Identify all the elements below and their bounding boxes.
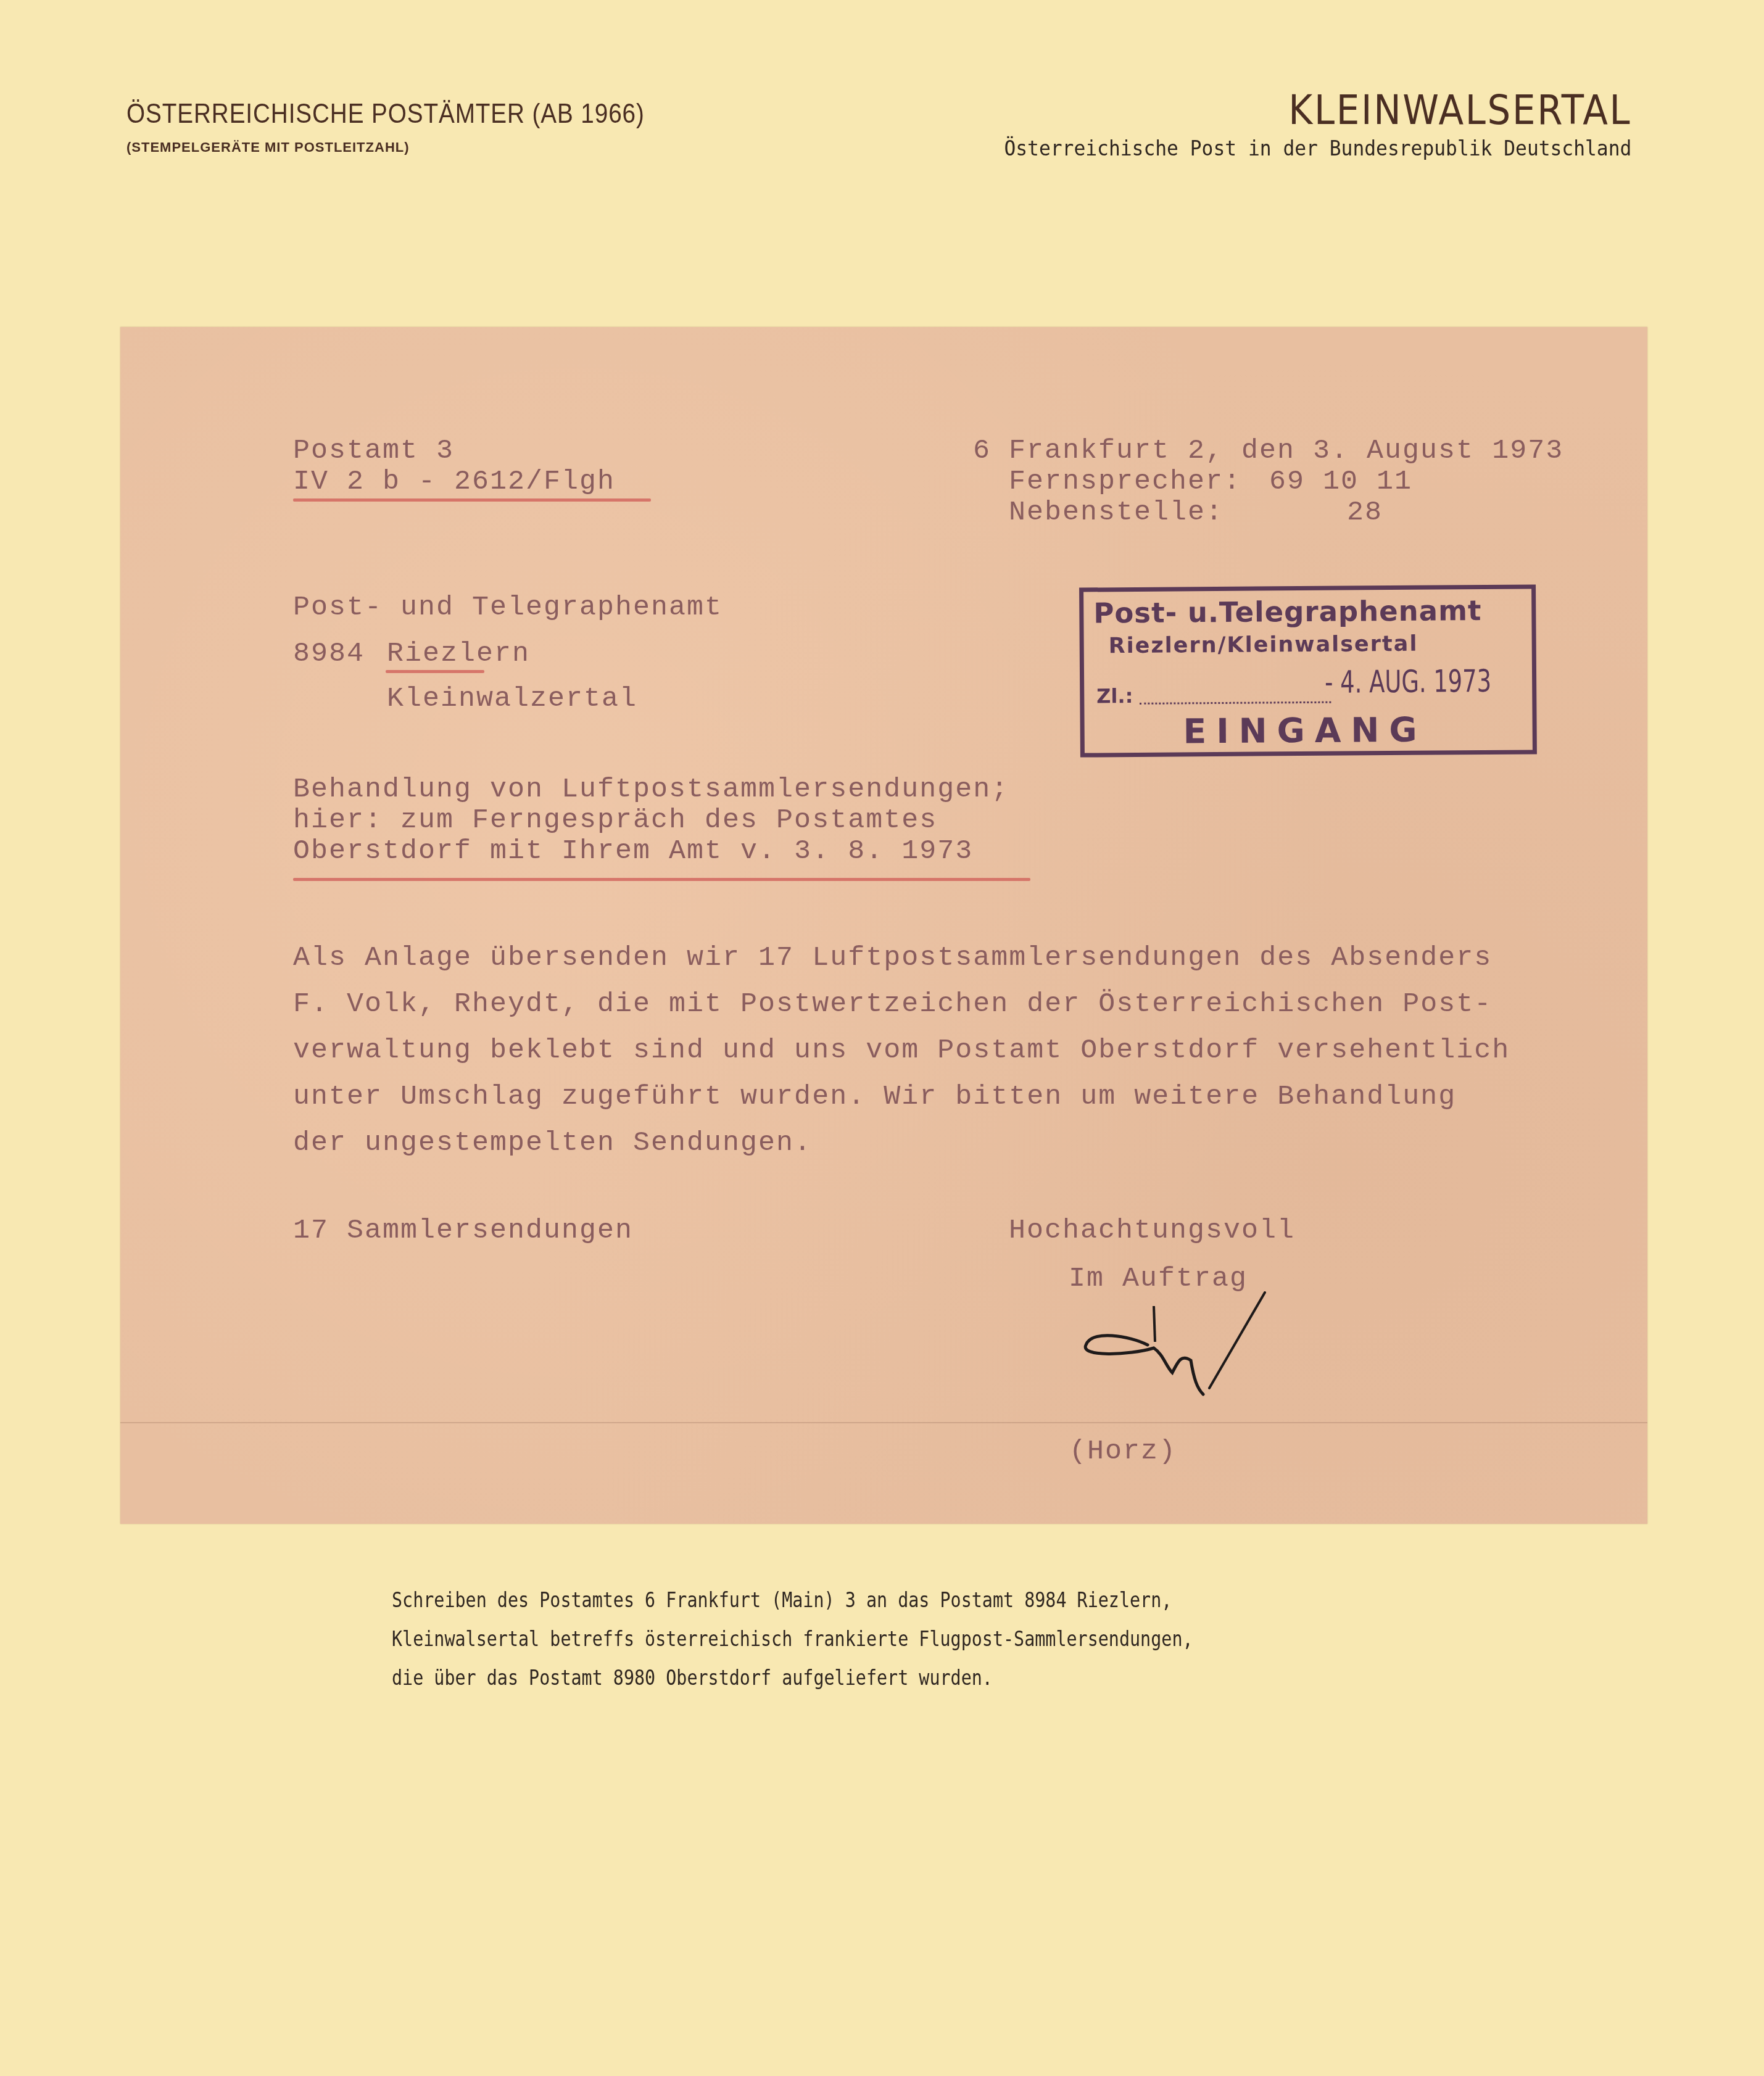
subject-line-2: hier: zum Ferngespräch des Postamtes [293,806,937,834]
stamp-dotted-line [1140,701,1331,705]
fold-line [120,1422,1647,1423]
album-header-left: ÖSTERREICHISCHE POSTÄMTER (AB 1966) (STE… [126,99,715,155]
album-subtitle: (STEMPELGERÄTE MIT POSTLEITZAHL) [126,139,715,155]
caption-line-2: Kleinwalsertal betreffs österreichisch f… [392,1619,1193,1658]
extension-number: 28 [1347,498,1383,526]
stamp-location: Riezlern/Kleinwalsertal [1109,632,1418,659]
phone-label: Fernsprecher: [1009,468,1241,495]
enclosure-note: 17 Sammlersendungen [293,1217,633,1244]
stamp-date: - 4. AUG. 1973 [1325,663,1491,700]
city-underline [386,670,484,673]
sender-office: Postamt 3 [293,437,454,465]
place-date: 6 Frankfurt 2, den 3. August 1973 [973,437,1563,465]
stamp-eingang: EINGANG [1183,710,1427,751]
receipt-stamp: Post- u.Telegraphenamt Riezlern/Kleinwal… [1079,584,1537,757]
letter-document: Postamt 3 IV 2 b - 2612/Flgh 6 Frankfurt… [120,327,1647,1524]
body-line-2: F. Volk, Rheydt, die mit Postwertzeichen… [293,990,1492,1018]
subject-underline [293,878,1030,881]
signature-icon [1080,1286,1271,1404]
sender-reference: IV 2 b - 2612/Flgh [293,468,615,495]
album-caption: Schreiben des Postamtes 6 Frankfurt (Mai… [392,1581,1193,1697]
album-title: ÖSTERREICHISCHE POSTÄMTER (AB 1966) [126,99,645,130]
album-header-right: KLEINWALSERTAL Österreichische Post in d… [950,86,1631,161]
extension-label: Nebenstelle: [1009,498,1224,526]
subject-line-1: Behandlung von Luftpostsammlersendungen; [293,775,1009,803]
recipient-city: Riezlern [387,640,530,668]
collection-subtitle: Österreichische Post in der Bundesrepubl… [1004,136,1631,161]
body-line-3: verwaltung beklebt sind und uns vom Post… [293,1036,1510,1064]
body-line-5: der ungestempelten Sendungen. [293,1129,812,1157]
signatory-name: (Horz) [1069,1437,1177,1465]
stamp-zl-label: Zl.: [1096,684,1133,708]
caption-line-3: die über das Postamt 8980 Oberstdorf auf… [392,1658,1193,1697]
body-line-4: unter Umschlag zugeführt wurden. Wir bit… [293,1083,1456,1110]
recipient-postcode: 8984 [293,640,365,668]
body-line-1: Als Anlage übersenden wir 17 Luftpostsam… [293,944,1492,972]
collection-title: KLEINWALSERTAL [1017,86,1631,134]
phone-number: 69 10 11 [1269,468,1412,495]
stamp-office: Post- u.Telegraphenamt [1093,594,1482,629]
recipient-region: Kleinwalzertal [387,685,637,713]
closing: Hochachtungsvoll [1009,1217,1295,1244]
subject-line-3: Oberstdorf mit Ihrem Amt v. 3. 8. 1973 [293,837,973,865]
reference-underline [293,498,651,502]
caption-line-1: Schreiben des Postamtes 6 Frankfurt (Mai… [392,1581,1193,1619]
recipient-office: Post- und Telegraphenamt [293,593,723,621]
